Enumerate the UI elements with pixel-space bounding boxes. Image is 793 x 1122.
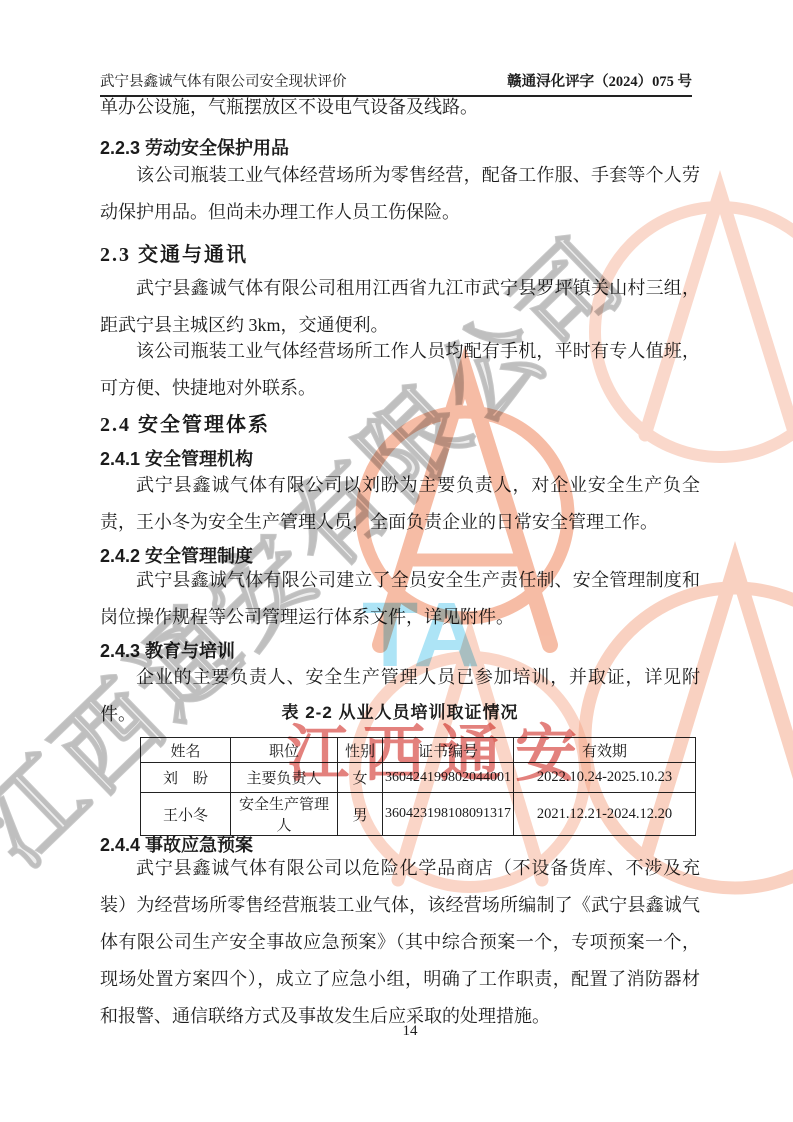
cell-cert-no: 360423198108091317 [383, 793, 514, 836]
cell-name: 王小冬 [141, 793, 231, 836]
cell-validity: 2021.12.21-2024.12.20 [514, 793, 696, 836]
cell-position: 安全生产管理人 [231, 793, 338, 836]
document-page: 武宁县鑫诚气体有限公司安全现状评价 赣通浔化评字（2024）075 号 单办公设… [0, 0, 793, 1122]
col-header-name: 姓名 [141, 738, 231, 763]
cell-gender: 男 [338, 793, 383, 836]
paragraph-continuation: 单办公设施，气瓶摆放区不设电气设备及线路。 [100, 89, 700, 126]
col-header-gender: 性别 [338, 738, 383, 763]
header-doc-number: 赣通浔化评字（2024）075 号 [507, 70, 692, 91]
cell-validity: 2022.10.24-2025.10.23 [514, 763, 696, 793]
paragraph-2-4-2: 武宁县鑫诚气体有限公司建立了全员安全生产责任制、安全管理制度和岗位操作规程等公司… [100, 562, 700, 636]
training-certificate-table: 姓名 职位 性别 证书编号 有效期 刘 盼 主要负责人 女 3604241998… [140, 737, 696, 836]
col-header-validity: 有效期 [514, 738, 696, 763]
cell-position: 主要负责人 [231, 763, 338, 793]
heading-2-4: 2.4 安全管理体系 [100, 412, 700, 438]
paragraph-2-4-1: 武宁县鑫诚气体有限公司以刘盼为主要负责人，对企业安全生产负全责，王小冬为安全生产… [100, 467, 700, 541]
page-number: 14 [110, 1023, 710, 1040]
cell-cert-no: 360424199802044001 [383, 763, 514, 793]
cell-gender: 女 [338, 763, 383, 793]
header-left-title: 武宁县鑫诚气体有限公司安全现状评价 [100, 70, 347, 91]
col-header-cert-no: 证书编号 [383, 738, 514, 763]
cell-name: 刘 盼 [141, 763, 231, 793]
paragraph-2-4-4: 武宁县鑫诚气体有限公司以危险化学品商店（不设备货库、不涉及充装）为经营场所零售经… [100, 850, 700, 1035]
table-row: 王小冬 安全生产管理人 男 360423198108091317 2021.12… [141, 793, 696, 836]
table-header-row: 姓名 职位 性别 证书编号 有效期 [141, 738, 696, 763]
table-row: 刘 盼 主要负责人 女 360424199802044001 2022.10.2… [141, 763, 696, 793]
col-header-position: 职位 [231, 738, 338, 763]
table-caption: 表 2-2 从业人员培训取证情况 [100, 702, 700, 724]
paragraph-2-3-b: 该公司瓶装工业气体经营场所工作人员均配有手机，平时有专人值班，可方便、快捷地对外… [100, 333, 700, 407]
heading-2-3: 2.3 交通与通讯 [100, 242, 700, 268]
paragraph-2-2-3: 该公司瓶装工业气体经营场所为零售经营，配备工作服、手套等个人劳动保护用品。但尚未… [100, 157, 700, 231]
